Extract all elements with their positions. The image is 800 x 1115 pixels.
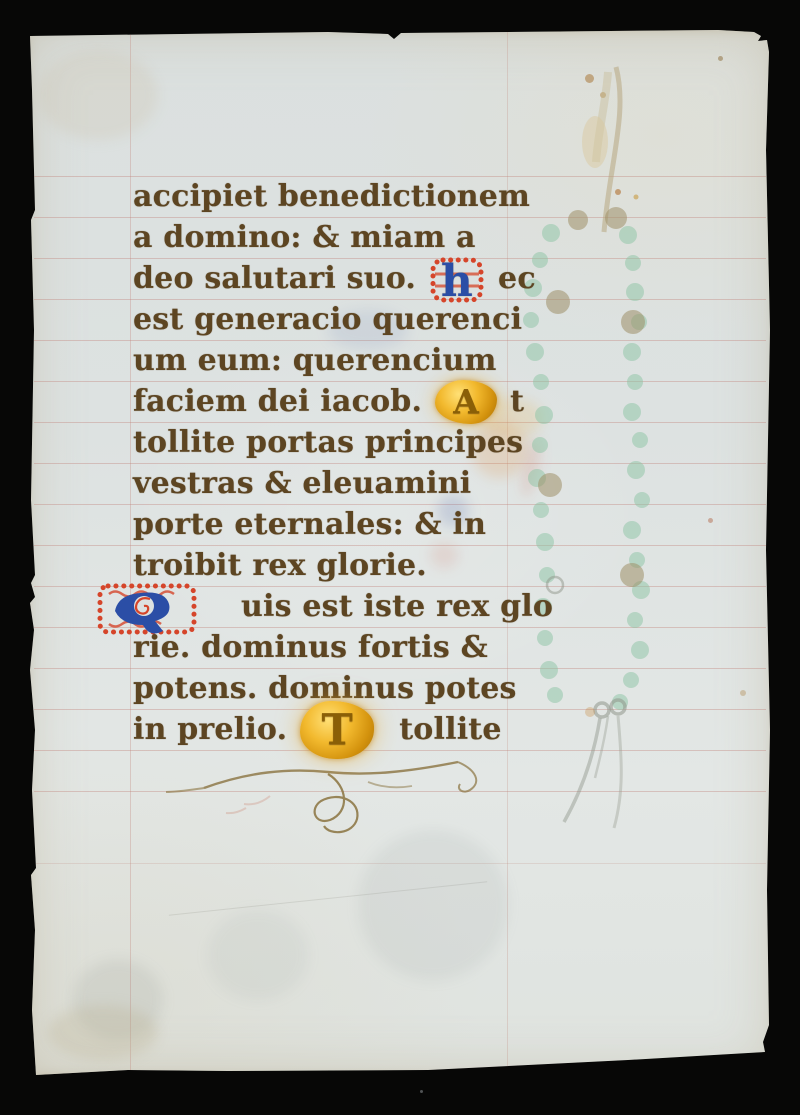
manuscript-text-line: uis est iste rex glo xyxy=(133,586,553,627)
manuscript-text-line: porte eternales: & in xyxy=(133,504,486,545)
manuscript-text-line: deo salutari suo. h ec xyxy=(133,258,536,299)
latin-text: vestras & eleuamini xyxy=(133,466,471,501)
manuscript-text-line: vestras & eleuamini xyxy=(133,463,471,504)
latin-text: accipiet benedictionem xyxy=(133,179,530,214)
latin-text: porte eternales: & in xyxy=(133,507,486,542)
illuminated-initial-gold: T xyxy=(300,701,374,759)
stain xyxy=(208,910,308,1000)
latin-text: um eum: querencium xyxy=(133,343,497,378)
latin-text: tollite portas principes xyxy=(133,425,523,460)
latin-text: tollite xyxy=(399,712,501,747)
latin-text: faciem dei iacob. xyxy=(133,384,422,419)
manuscript-text-line: est generacio querenci xyxy=(133,299,522,340)
latin-text: rie. dominus fortis & xyxy=(133,630,488,665)
photo-background: accipiet benedictionema domino: & miam a… xyxy=(0,0,800,1115)
manuscript-text-line: faciem dei iacob.At xyxy=(133,381,524,422)
manuscript-text-line: rie. dominus fortis & xyxy=(133,627,488,668)
stain-speck xyxy=(718,56,723,61)
stain-speck xyxy=(390,32,395,37)
stain xyxy=(48,1005,158,1060)
manuscript-text-line: um eum: querencium xyxy=(133,340,497,381)
manuscript-leaf: accipiet benedictionema domino: & miam a… xyxy=(28,30,774,1076)
illuminated-initial-gold: A xyxy=(435,380,497,424)
latin-text: uis est iste rex glo xyxy=(241,589,553,624)
stain-speck xyxy=(708,518,713,523)
stain-speck xyxy=(740,690,746,696)
manuscript-text-line: in prelio.Ttollite xyxy=(133,709,502,750)
latin-text: t xyxy=(510,384,524,419)
latin-text: est generacio querenci xyxy=(133,302,522,337)
latin-text: ec xyxy=(498,261,536,296)
stain xyxy=(38,50,158,140)
ruling-line xyxy=(130,32,131,1070)
manuscript-text-line: accipiet benedictionem xyxy=(133,176,530,217)
latin-text: deo salutari suo. xyxy=(133,261,416,296)
marginal-sketch-decoration xyxy=(548,670,698,850)
dust-speck xyxy=(420,1090,423,1093)
stain xyxy=(430,542,458,568)
stain xyxy=(358,830,508,980)
latin-text: in prelio. xyxy=(133,712,287,747)
manuscript-text-line: tollite portas principes xyxy=(133,422,523,463)
